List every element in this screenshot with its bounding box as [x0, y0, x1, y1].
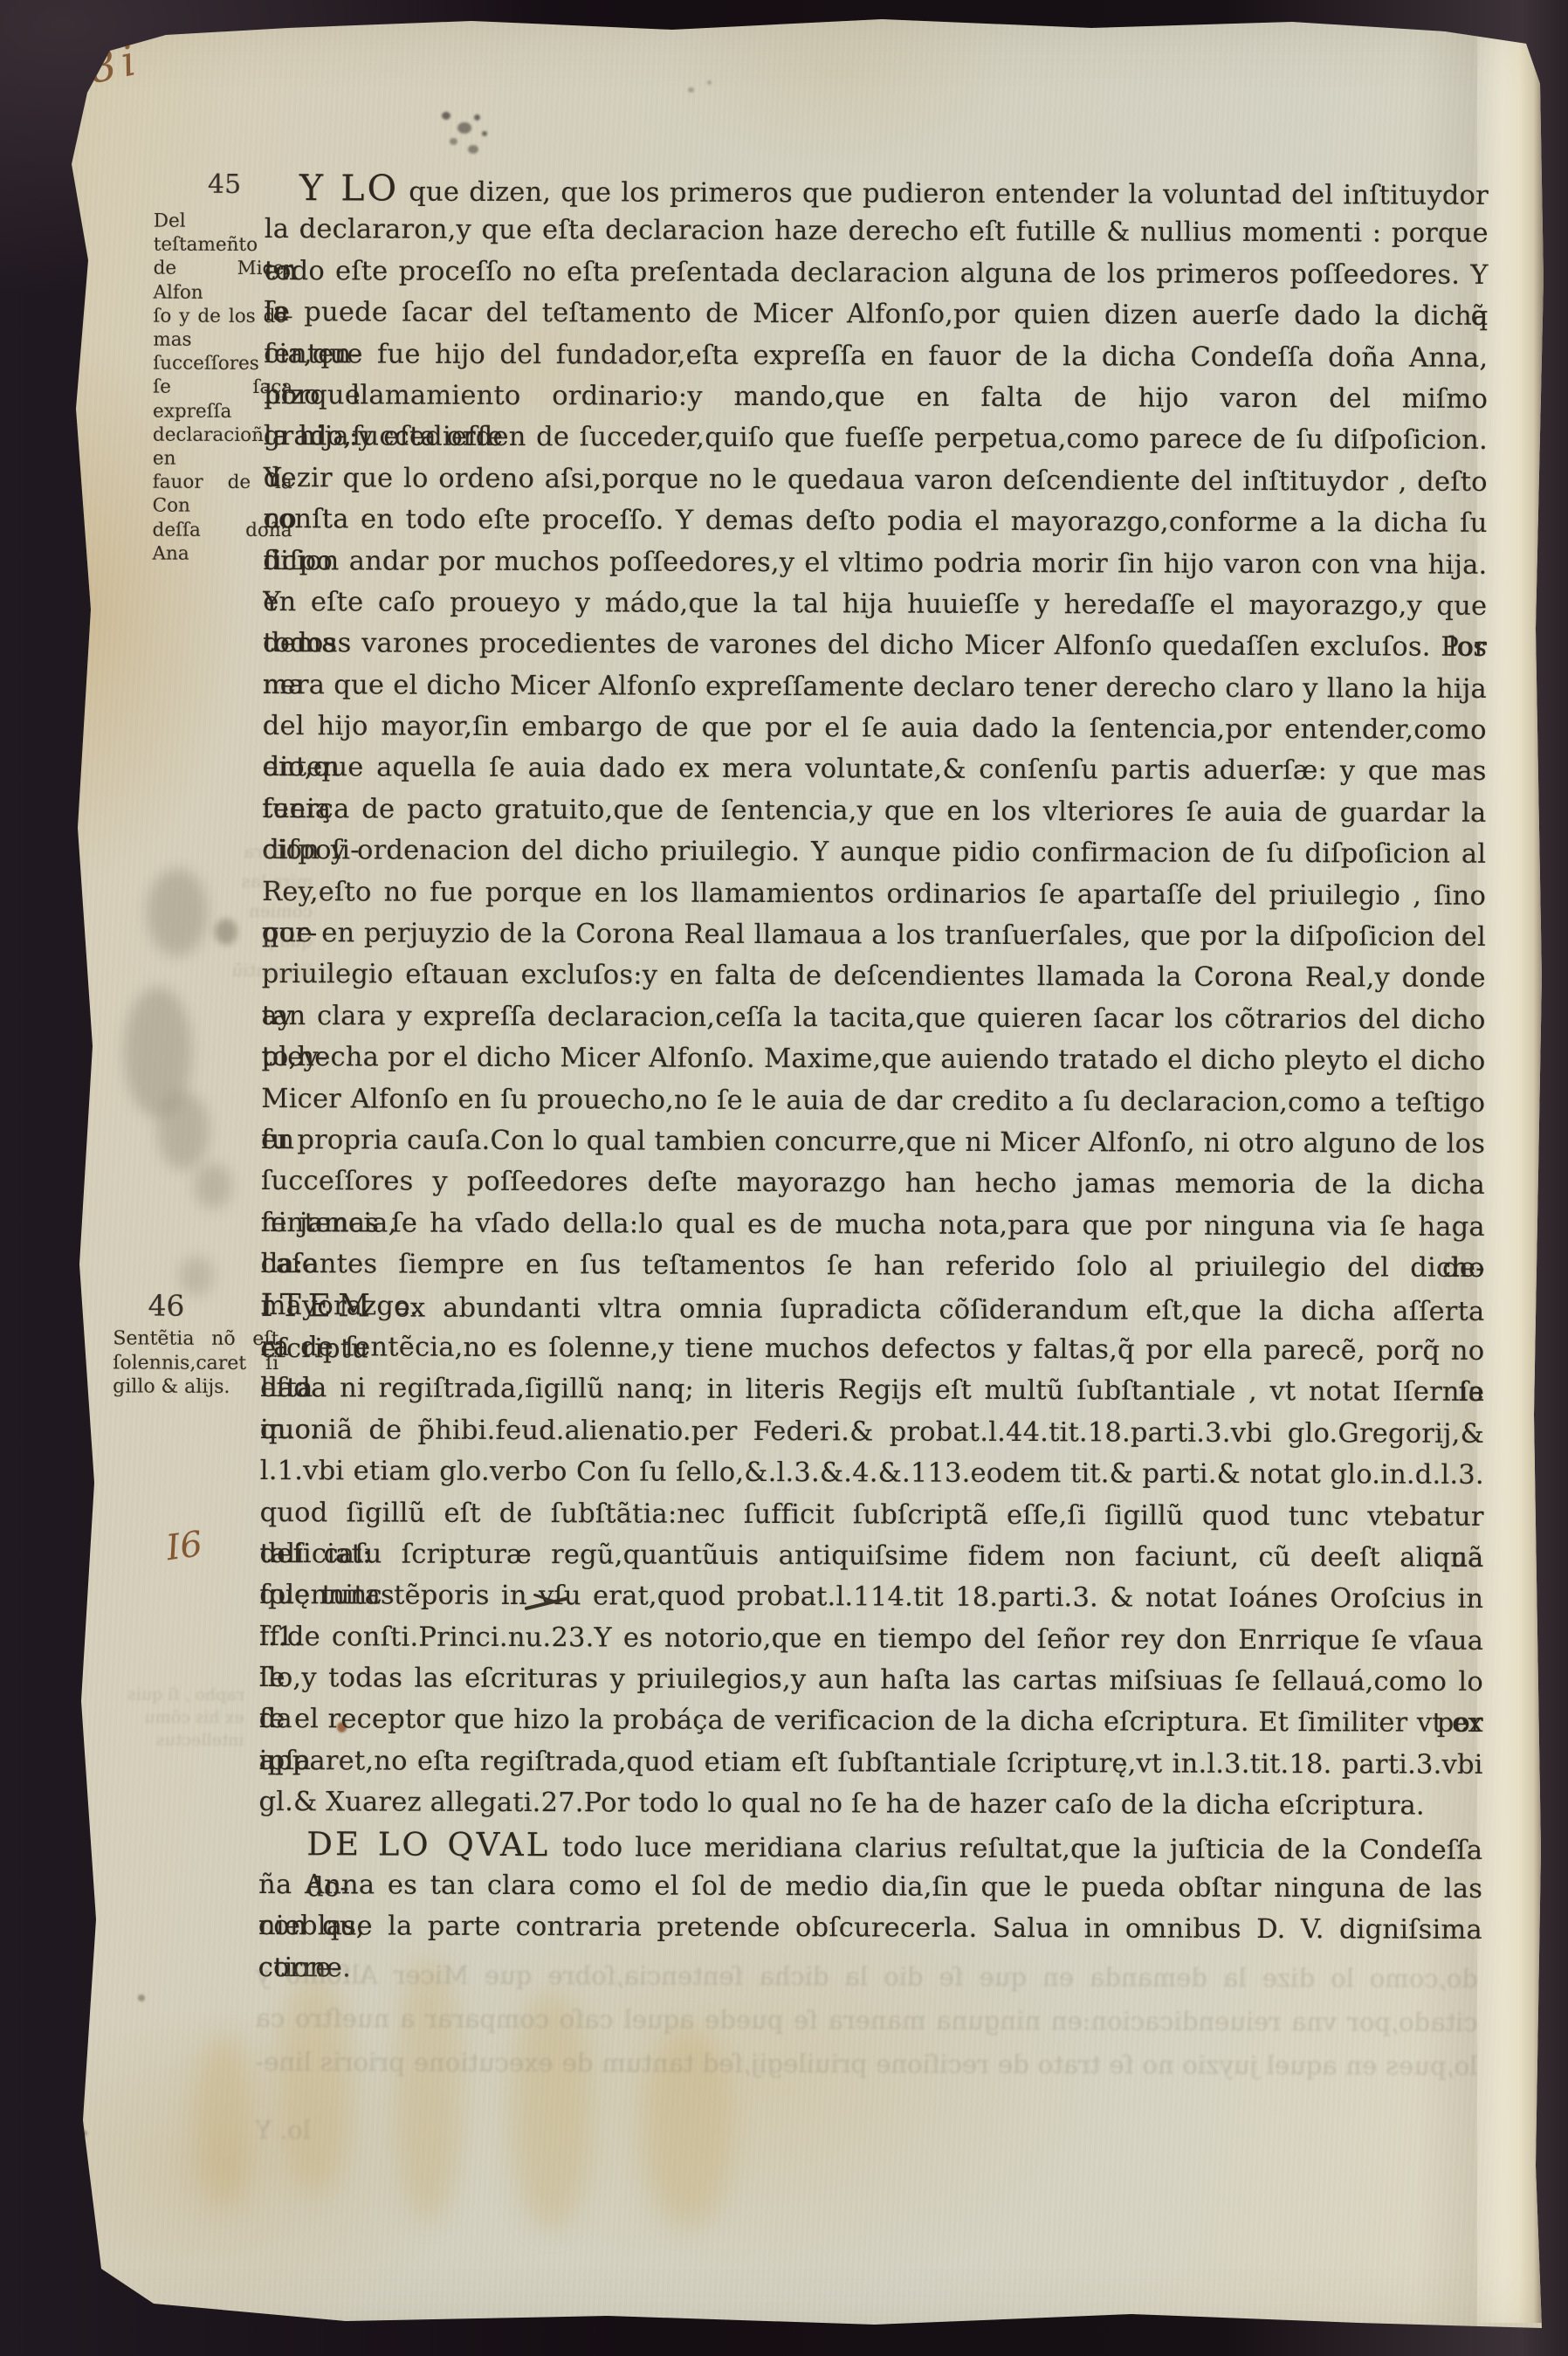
text-line: hizo llamamiento ordinario:y mando,que e…	[264, 375, 1488, 420]
text-line: l.1.vbi etiam glo.verbo Con ſu ſello,&.l…	[260, 1450, 1484, 1496]
text-line: ra de ſentẽcia,no es ſolenne,y tiene muc…	[260, 1326, 1484, 1372]
showthrough-line: intellectus	[122, 1728, 244, 1751]
text-line: apparet,no eſta regiſtrada,quod etiam eſ…	[259, 1740, 1483, 1786]
text-line: Micer Alfonſo en ſu prouecho,no ſe le au…	[261, 1078, 1485, 1124]
ink-scribble-mark	[524, 1594, 569, 1613]
showthrough-line: litigantiũ	[210, 955, 313, 985]
showthrough-line: ex his cõmu	[122, 1705, 244, 1728]
text-line: en eſte caſo proueyo y mádo,que la tal h…	[263, 582, 1487, 627]
showthrough-line: rapho , ſi quis	[122, 1683, 244, 1705]
page-content: o8i 45 Del teſtameñtode Micer Alfonſo y …	[0, 0, 1568, 2356]
text-line: quę tunc tẽporis in vſu erat,quod probat…	[259, 1574, 1483, 1620]
text-line: del hijo mayor,ſin embargo de que por el…	[263, 706, 1487, 751]
text-line: fuerça de pacto gratuito,que de ſentenci…	[262, 789, 1486, 834]
main-text-block: Y LO que dizen, que los primeros que pud…	[258, 168, 1489, 1993]
text-line: to,hecha por el dicho Micer Alfonſo. Max…	[261, 1037, 1485, 1082]
text-line: gl.& Xuarez allegati.27.Por todo lo qual…	[258, 1781, 1482, 1827]
text-line: ni jamas ſe ha vſado della:lo qual es de…	[261, 1202, 1485, 1248]
text-line: ſu propria cauſa.Con lo qual tambien con…	[261, 1119, 1485, 1165]
showthrough-line: comien	[210, 896, 313, 926]
margin-note-line: ſolennis,caret ſi	[113, 1351, 279, 1375]
text-line: llada ni regiſtrada,ſigillũ nanq; in lit…	[260, 1367, 1484, 1413]
showthrough-line: Declara	[210, 837, 313, 866]
showthrough-line: do,como lo dize la demanda en que ſe dio…	[256, 1953, 1478, 2001]
text-line: ſicion andar por muchos poſſeedores,y el…	[263, 541, 1487, 586]
text-line: llo,y todas las eſcrituras y priuilegios…	[259, 1657, 1483, 1703]
text-line: tan clara y expreſſa declaracion,ceſſa l…	[262, 995, 1486, 1041]
text-line: que en perjuyzio de la Corona Real llama…	[262, 913, 1486, 958]
margin-note-line: gillo & alijs.	[113, 1374, 279, 1399]
text-line: priuilegio eſtauan excluſos:y en falta d…	[262, 954, 1486, 999]
text-line: Y LO que dizen, que los primeros que pud…	[265, 168, 1489, 213]
text-line: ff.de conſti.Princi.nu.23.Y es notorio,q…	[259, 1616, 1483, 1662]
text-line: dio,que aquella ſe auia dado ex mera vol…	[263, 747, 1487, 792]
text-line: lla:antes ſiempre en ſus teſtamentos ſe …	[261, 1243, 1485, 1289]
showthrough-line: mira las	[210, 866, 313, 896]
margin-note-line: Sentẽtia nõ eſt	[113, 1326, 279, 1351]
text-line: todo eſte proceſſo no eſta preſentada de…	[265, 251, 1489, 296]
text-line: conſta en todo eſte proceſſo. Y demas de…	[264, 499, 1488, 544]
text-line: dezir que lo ordeno aſsi,porque no le qu…	[264, 458, 1488, 503]
showthrough-line: citado,por vna reiuendicacion:en ninguna…	[256, 1996, 1478, 2044]
text-line: nera que el dicho Micer Alfonſo expreſſa…	[263, 665, 1487, 710]
margin-note-46: Sentẽtia nõ eſtſolennis,caret ſigillo & …	[113, 1326, 279, 1399]
showthrough-line: qua p	[210, 926, 313, 955]
showthrough-line: lo,pues en aquel juyzio no ſe trato de r…	[255, 2040, 1477, 2088]
section-number-45: 45	[208, 169, 241, 200]
text-line: ſucceſſores y poſſeedores deſte mayorazg…	[261, 1161, 1485, 1206]
paragraph-lead: Y LO	[299, 167, 399, 209]
showthrough-margin-text: rapho , ſi quisex his cõmuintellectus	[122, 1683, 244, 1751]
section-number-46: 46	[148, 1289, 184, 1323]
text-line: quoniã de p̃hibi.feud.alienatio.per Fede…	[260, 1409, 1484, 1455]
text-line: ſe puede ſacar del teſtamento de Micer A…	[264, 292, 1488, 337]
text-line: Rey,eſto no fue porque en los llamamient…	[262, 871, 1486, 917]
scanned-page: o8i 45 Del teſtameñtode Micer Alfonſo y …	[0, 0, 1568, 2356]
text-line: DE LO QVAL todo luce meridiana clarius r…	[258, 1823, 1482, 1869]
text-line: tali caſu ſcripturæ regũ,quantũuis antiq…	[259, 1533, 1483, 1579]
text-line: demas varones procedientes de varones de…	[263, 623, 1487, 668]
text-line: cion y ordenacion del dicho priuilegio. …	[262, 830, 1486, 875]
handwritten-folio-mark: o8i	[54, 35, 146, 100]
text-line: ña Anna es tan clara como el ſol de medi…	[258, 1864, 1482, 1910]
text-line: quod ſigillũ eſt de ſubſtãtia:nec ſuffic…	[260, 1492, 1484, 1538]
text-line: cia,que fue hijo del fundador,eſta expre…	[264, 334, 1488, 379]
text-line: la declararon,y que eſta declaracion haz…	[265, 209, 1489, 254]
paragraph-lead: ITEM	[260, 1288, 377, 1324]
text-line: con que la parte contraria pretende obſc…	[258, 1905, 1482, 1951]
text-line: fe el receptor que hizo la probáça de ve…	[259, 1698, 1483, 1744]
showthrough-margin-text: Declaramira lascomienqua plitigantiũ	[210, 837, 313, 985]
text-line: la hija:y eſta orden de ſucceder,quiſo q…	[264, 416, 1488, 461]
showthrough-line: lo. Y	[255, 2108, 1477, 2156]
paragraph-lead: DE LO QVAL	[306, 1825, 550, 1863]
handwritten-margin-mark: I6	[164, 1524, 205, 1568]
text-line: ITEM ex abundanti vltra omnia ſupradicta…	[260, 1285, 1484, 1331]
showthrough-bottom-text: do,como lo dize la demanda en que ſe dio…	[255, 1953, 1478, 2156]
